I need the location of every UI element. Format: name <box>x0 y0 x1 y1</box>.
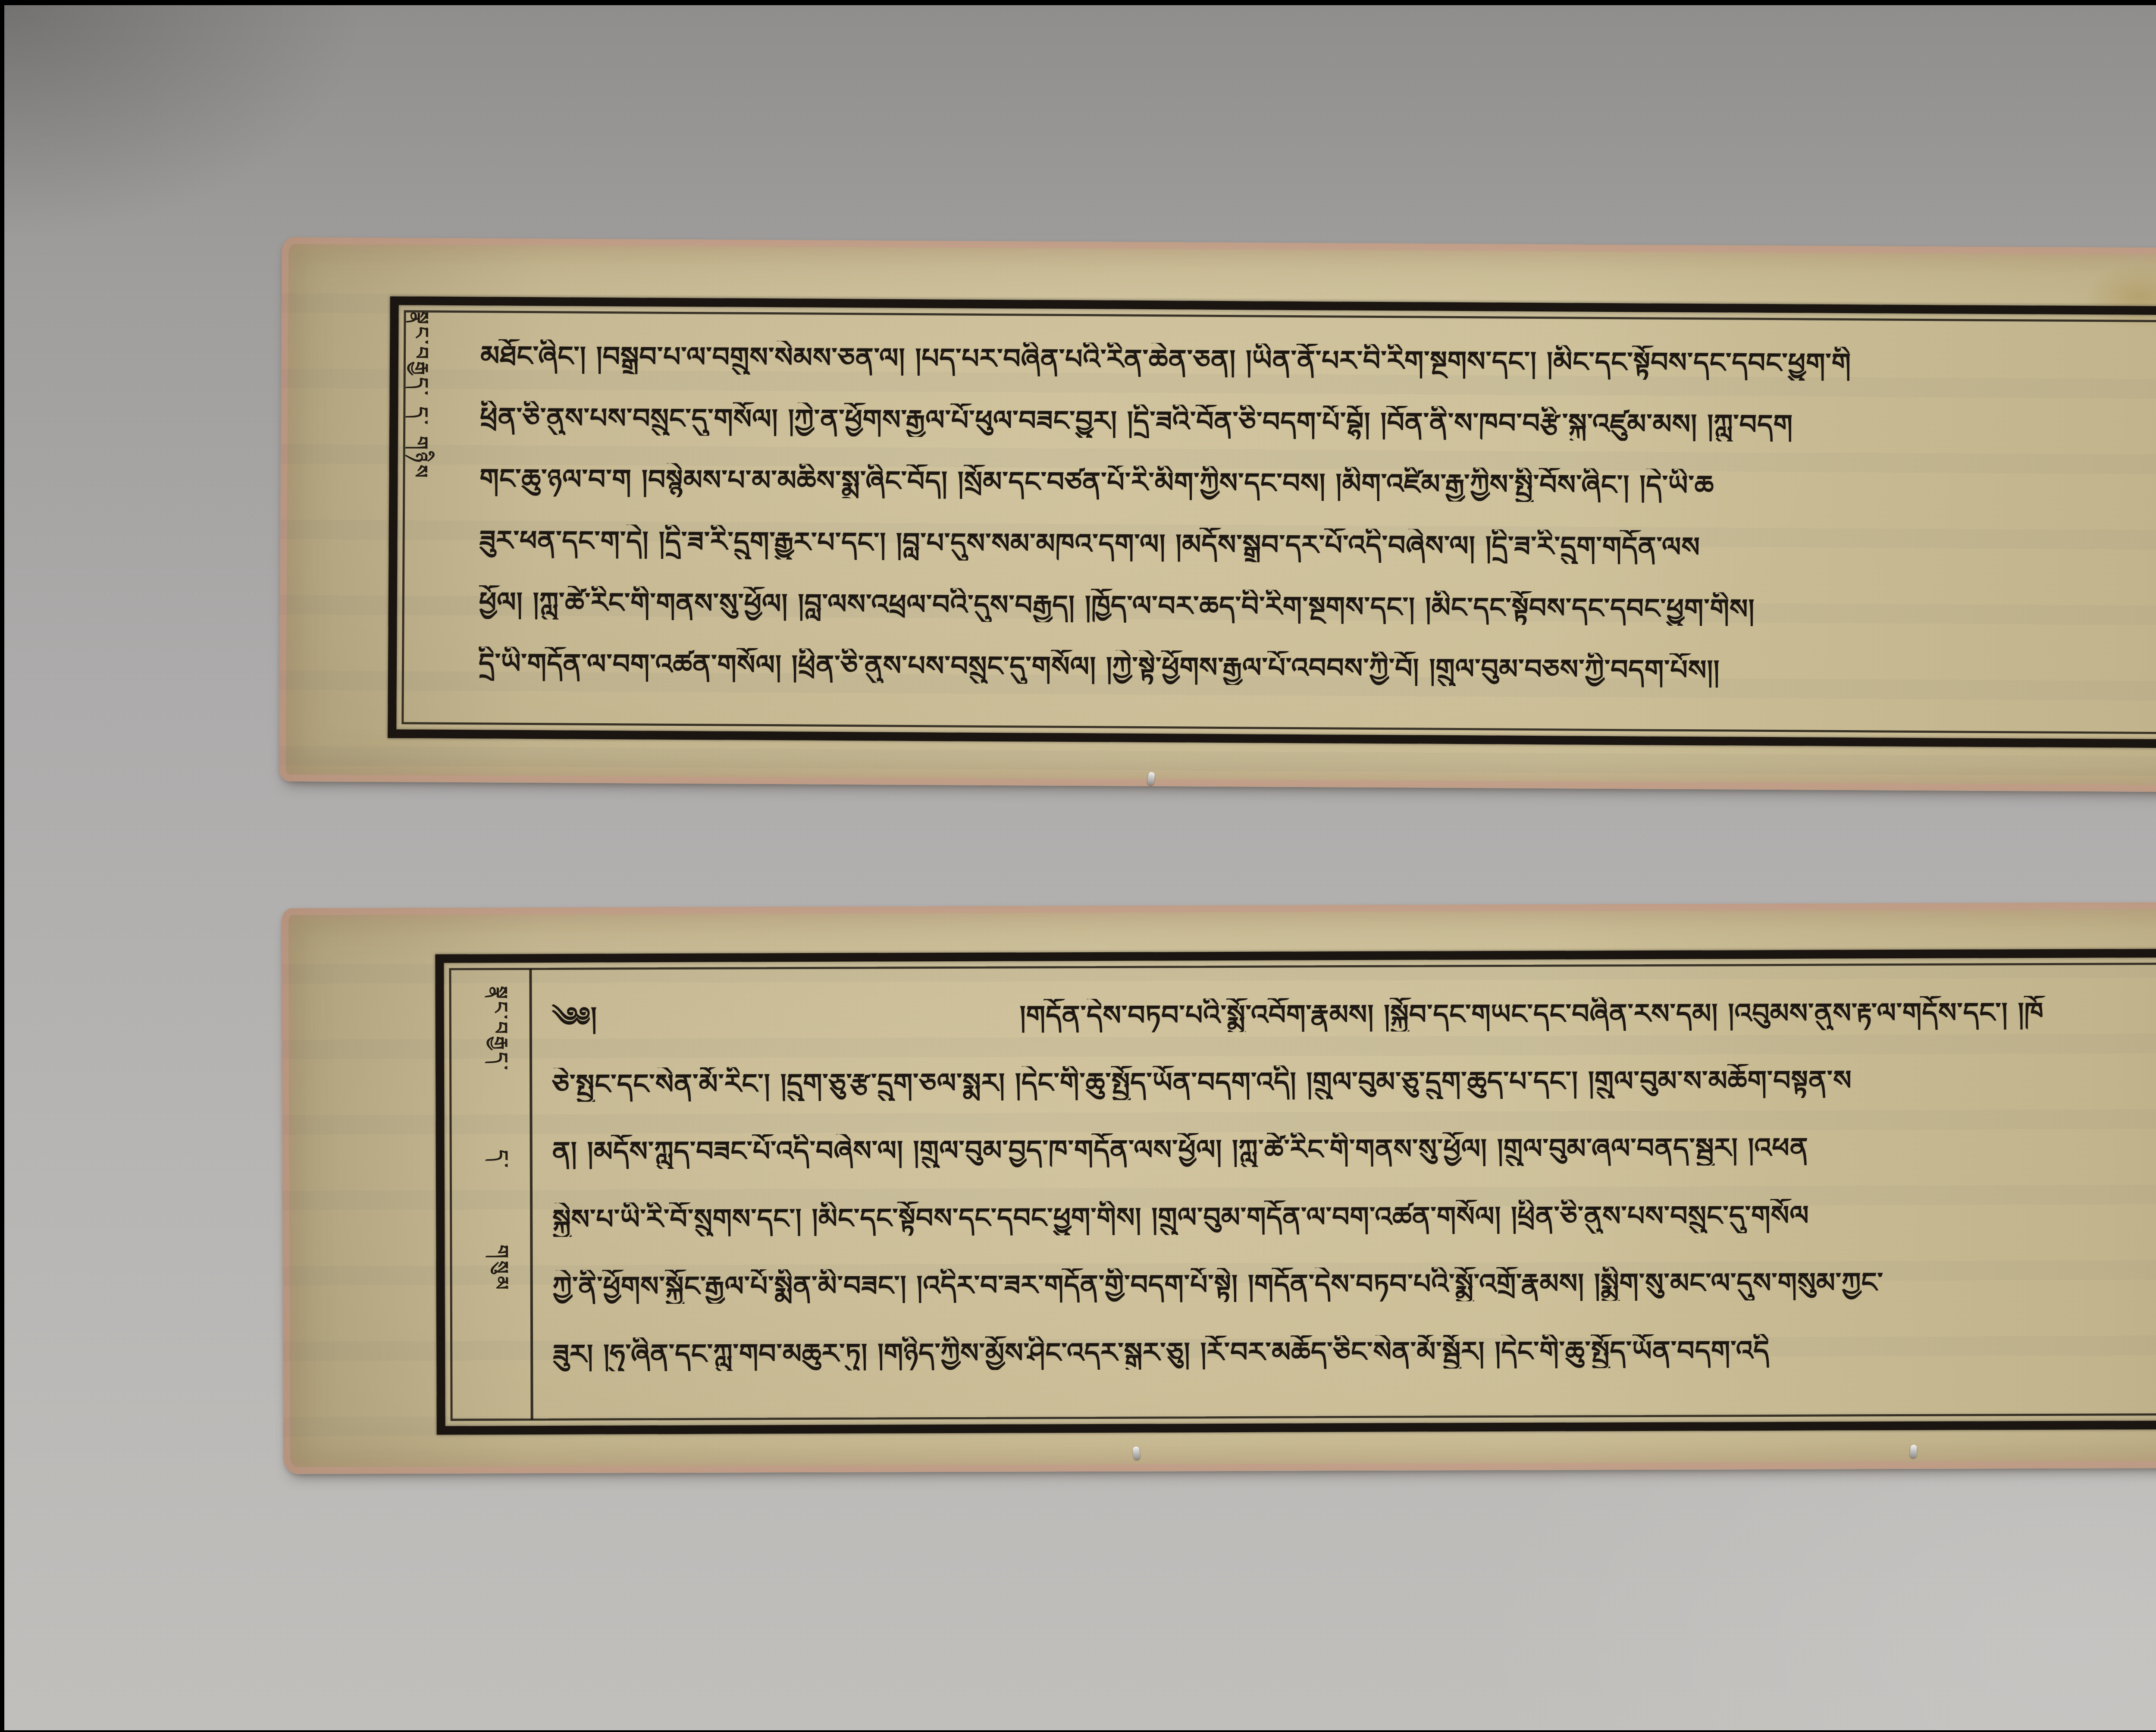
text-line: ཟུར། །ཧུ་ཞིན་དང་ཀླུ་གབ་མཆུར་ཏུ། །གཉིད་ཀྱ… <box>553 1332 2156 1371</box>
yig-mgo-head-mark: ༄༅། <box>552 1000 597 1034</box>
text-line: དྲི་ཡི་གདོན་ལ་བག་འཚན་གསོལ། །ཕྲིན་ཅི་ནུས་… <box>479 647 2156 691</box>
pecha-leaf-bottom: སྣང་བརྒྱད་ ད་ གསུམ ༄༅། །གདོན་དེས་བཏབ་པའི… <box>282 901 2156 1474</box>
text-line: །གདོན་དེས་བཏབ་པའི་སྨྱོ་འབོག་རྣམས། །སྐྱོབ… <box>1020 996 2044 1033</box>
opening-indent <box>597 999 1020 1000</box>
text-line-opening: ༄༅། །གདོན་དེས་བཏབ་པའི་སྨྱོ་འབོག་རྣམས། །ས… <box>552 995 2156 1034</box>
pecha-leaf-top: སྣང་བརྒྱད་ ད་ གཉིས མཐོང་ཞིང༌། །བསྒྲུབ་པ་… <box>279 237 2156 794</box>
text-line: ཀྱེ་ནི་ཕྱོགས་སྐྱོང་རྒྱལ་པོ་སྨིན་མི་བཟང་།… <box>553 1264 2156 1304</box>
text-line: ཕྱོལ། །ཀླུ་ཚེ་རིང་གི་གནས་སུ་ཕྱོལ། །བླ་ལས… <box>479 585 2156 630</box>
text-line: ཟུར་ཕན་དང་ག་དེ། །དྲི་ཟ་རི་དྲུག་རྒྱུར་པ་ད… <box>479 524 2156 568</box>
text-line: ཅེ་སྤྱང་དང་སེན་མོ་རིང་། །དྲུག་ཅུ་རྩ་དྲུག… <box>552 1062 2156 1102</box>
text-block: ༄༅། །གདོན་དེས་བཏབ་པའི་སྨྱོ་འབོག་རྣམས། །ས… <box>435 948 2156 1418</box>
metal-pin <box>1910 1445 1917 1458</box>
metal-pin <box>1132 1446 1140 1459</box>
photo-background: སྣང་བརྒྱད་ ད་ གཉིས མཐོང་ཞིང༌། །བསྒྲུབ་པ་… <box>4 5 2156 1730</box>
text-block: མཐོང་ཞིང༌། །བསྒྲུབ་པ་ལ་བགྲུས་སེམས་ཅན་ལ། … <box>388 296 2156 732</box>
text-line: སྐྱེས་པ་ཡི་རི་བོ་སྲུགས་དང་། །མིང་དང་སྟོབ… <box>552 1197 2156 1237</box>
text-line: མཐོང་ཞིང༌། །བསྒྲུབ་པ་ལ་བགྲུས་སེམས་ཅན་ལ། … <box>480 339 2156 383</box>
text-line: ཕྲིན་ཅི་ནུས་པས་བསྲུང་དུ་གསོལ། །ཀྱེ་ན་ཕྱོ… <box>480 401 2156 445</box>
text-line: ན། །མདོས་ཀླུད་བཟང་པོ་འདི་བཞེས་ལ། །གྲུལ་བ… <box>552 1130 2156 1169</box>
text-line: གང་ཆུ་ཉལ་བ་ག །བསྙེམས་པ་མ་མཆིས་སྨྲ་ཞིང་བོ… <box>479 462 2156 507</box>
